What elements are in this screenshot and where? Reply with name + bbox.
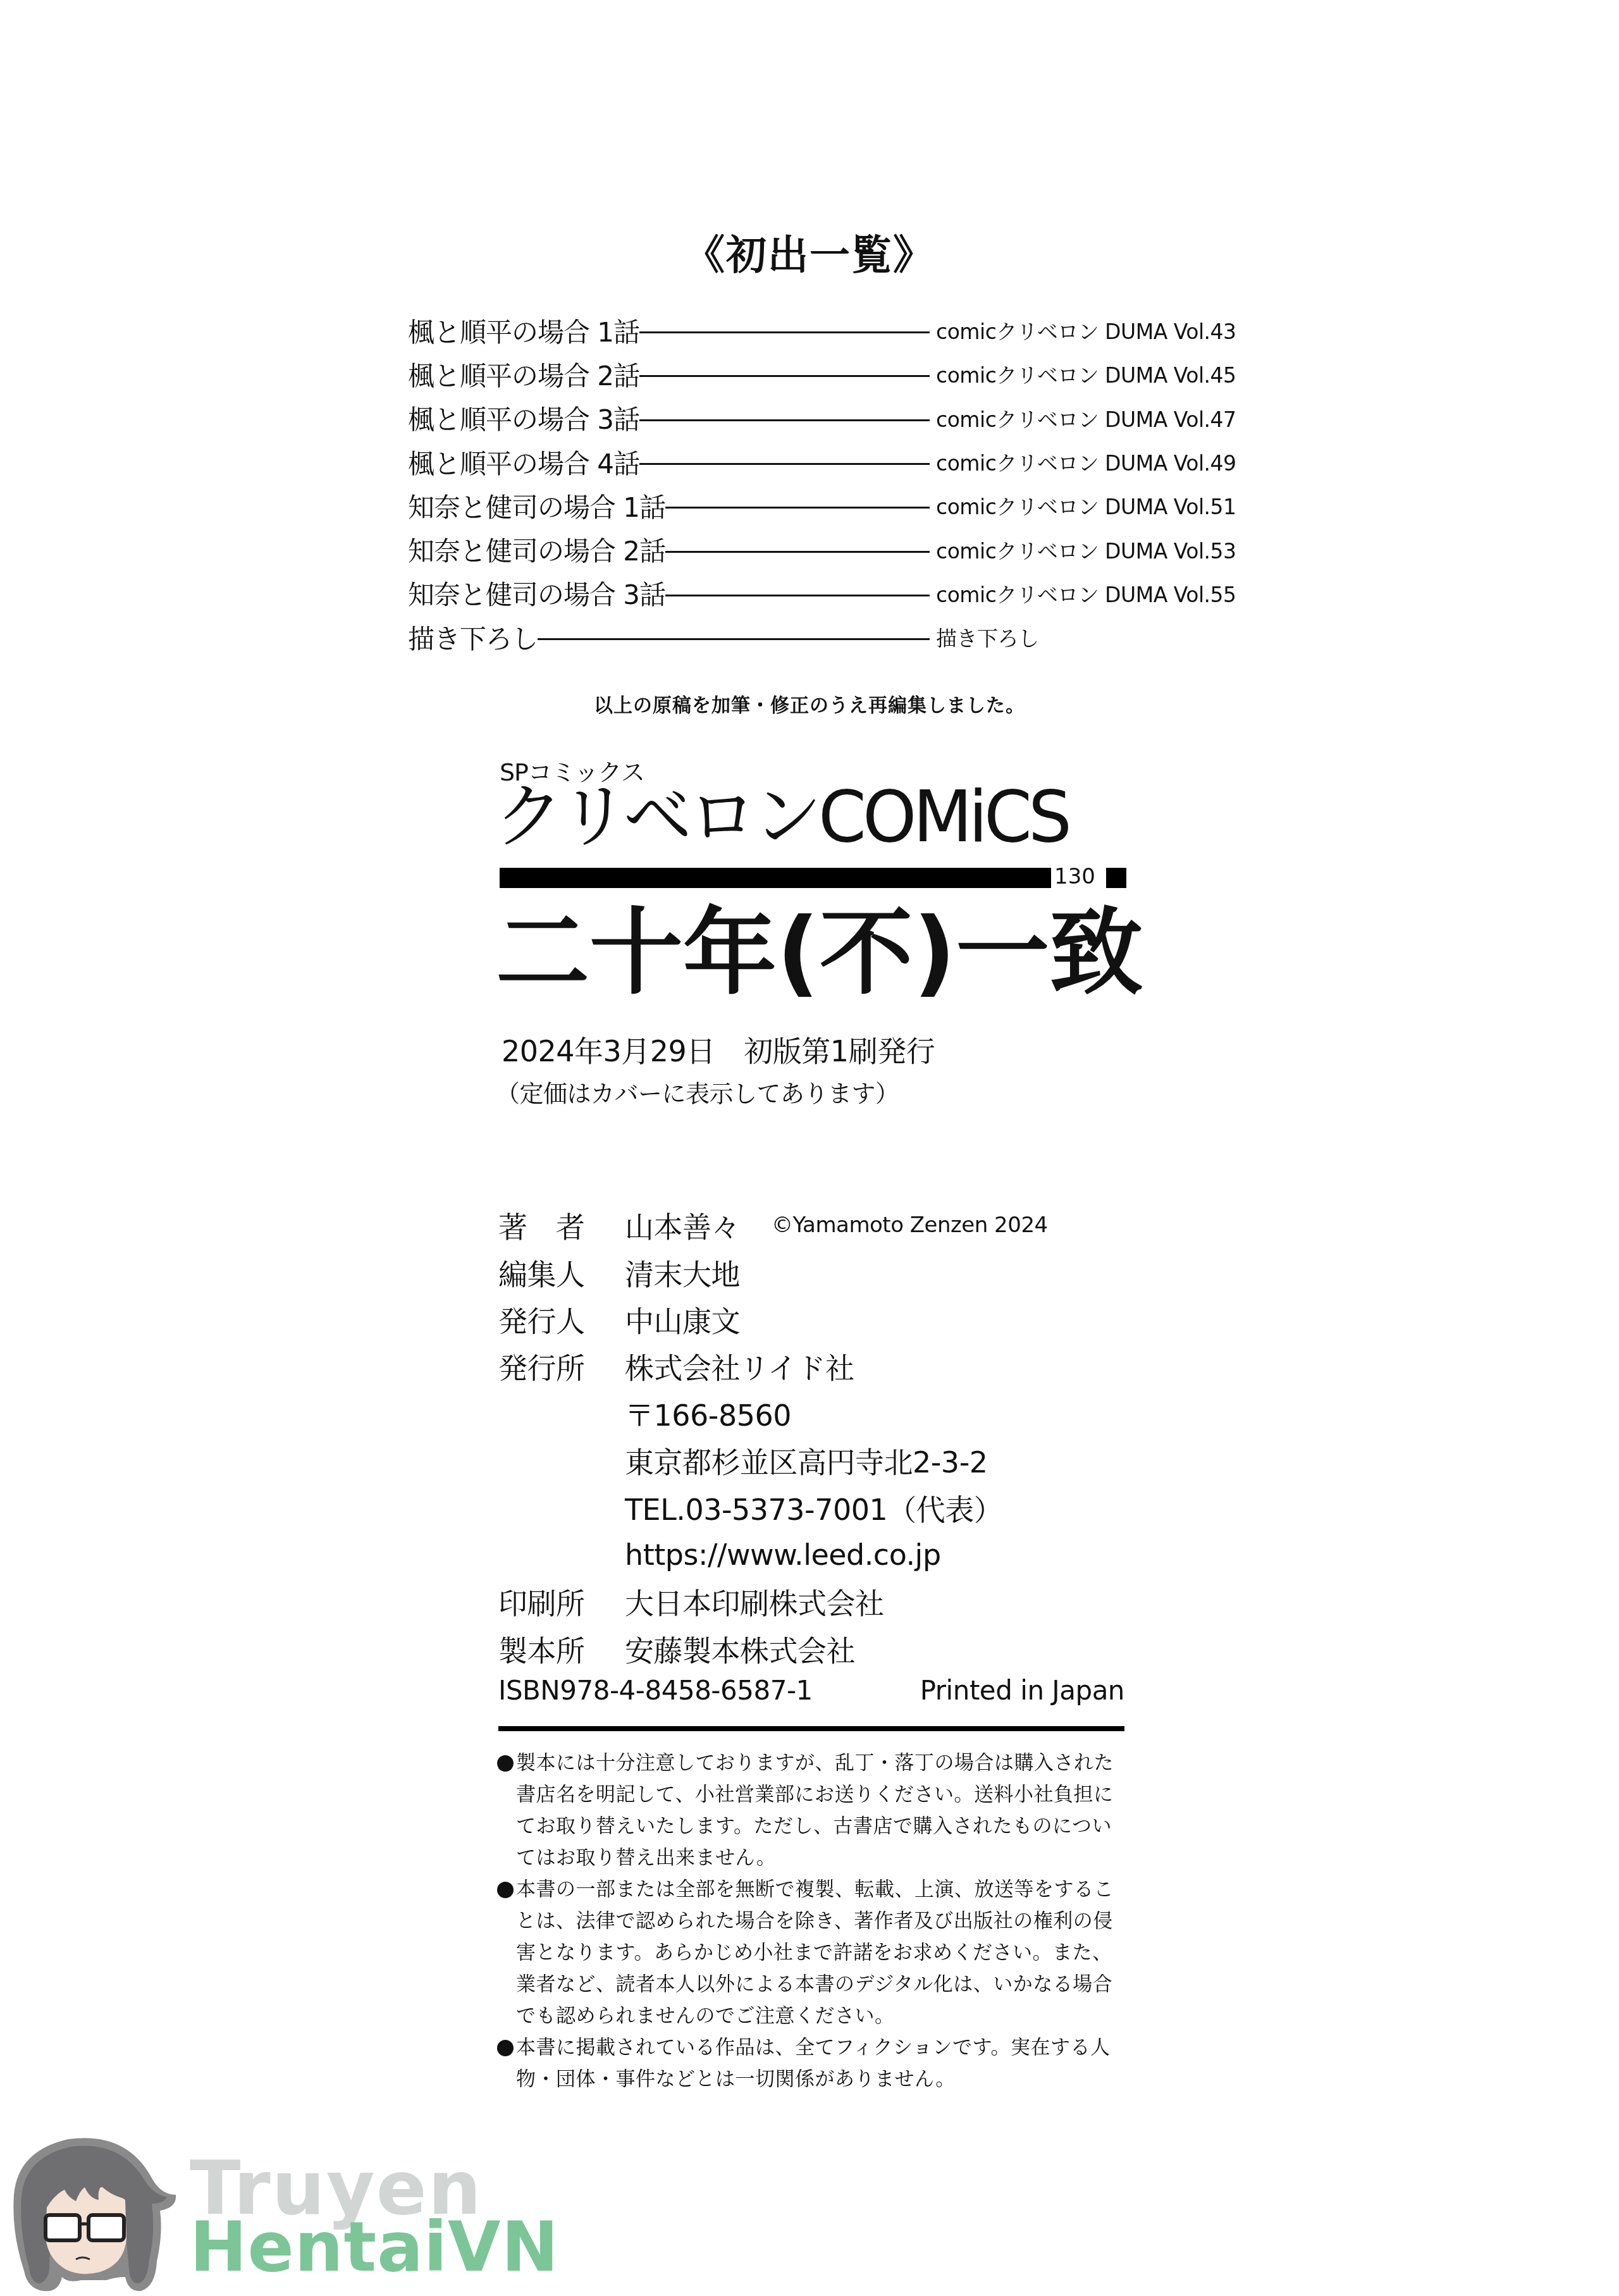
publication-item: 描き下ろし 描き下ろし <box>408 615 1224 659</box>
story-source: comicクリベロン DUMA Vol.45 <box>936 359 1224 389</box>
leader-line <box>665 551 930 553</box>
publication-item: 楓と順平の場合 1話 comicクリベロン DUMA Vol.43 <box>408 309 1224 352</box>
series-bar <box>500 868 1051 888</box>
isbn: ISBN978-4-8458-6587-1 <box>498 1675 813 1706</box>
leader-line <box>538 638 930 640</box>
bullet-icon <box>497 1755 514 1772</box>
divider-rule <box>498 1726 1124 1731</box>
watermark-text-line2: HentaiVN <box>190 2214 559 2282</box>
credit-value: 清末大地 <box>625 1252 740 1293</box>
credit-role: 発行人 <box>498 1299 625 1340</box>
bullet-icon <box>497 2040 514 2056</box>
notice-text: 製本には十分注意しておりますが、乱丁・落丁の場合は購入された書店名を明記して、小… <box>516 1751 1114 1869</box>
story-source: comicクリベロン DUMA Vol.51 <box>936 491 1224 521</box>
credit-row-publisher: 発行所 株式会社リイド社 <box>498 1343 1124 1390</box>
leader-line <box>665 595 930 596</box>
credit-value: 安藤製本株式会社 <box>625 1628 855 1670</box>
story-title: 楓と順平の場合 2話 <box>408 355 639 393</box>
credit-role: 印刷所 <box>498 1581 625 1622</box>
story-source: comicクリベロン DUMA Vol.43 <box>936 316 1224 345</box>
book-title: 二十年(不)一致 <box>496 906 1143 999</box>
credit-value: 株式会社リイド社 <box>625 1345 854 1387</box>
leader-line <box>639 375 930 377</box>
publication-item: 知奈と健司の場合 3話 comicクリベロン DUMA Vol.55 <box>408 572 1224 615</box>
watermark-mascot-icon <box>5 2125 182 2296</box>
publication-date: 2024年3月29日 初版第1刷発行 <box>502 1028 935 1070</box>
credit-value: 山本善々 <box>625 1204 740 1246</box>
publication-item: 楓と順平の場合 2話 comicクリベロン DUMA Vol.45 <box>408 352 1224 396</box>
credit-role: 編集人 <box>498 1252 625 1293</box>
notice-text: 本書の一部または全部を無断で複製、転載、上演、放送等をすることは、法律で認められ… <box>516 1878 1114 2027</box>
isbn-row: ISBN978-4-8458-6587-1 Printed in Japan <box>498 1675 1124 1706</box>
story-source: 描き下ろし <box>936 622 1224 652</box>
postal-code: 〒166-8560 <box>625 1393 791 1435</box>
publication-item: 知奈と健司の場合 1話 comicクリベロン DUMA Vol.51 <box>408 484 1224 528</box>
printed-in: Printed in Japan <box>920 1675 1124 1706</box>
notice-item: 本書に掲載されている作品は、全てフィクションです。実在する人物・団体・事件などと… <box>497 2032 1130 2095</box>
credit-role: 著 者 <box>498 1204 625 1246</box>
notice-item: 本書の一部または全部を無断で複製、転載、上演、放送等をすることは、法律で認められ… <box>497 1873 1130 2032</box>
publication-list-title: 《初出一覧》 <box>0 223 1619 281</box>
credit-row-postal-code: 〒166-8560 <box>498 1390 1124 1437</box>
story-title: 知奈と健司の場合 1話 <box>408 487 665 525</box>
story-title: 楓と順平の場合 4話 <box>408 443 639 481</box>
story-source: comicクリベロン DUMA Vol.47 <box>936 404 1224 433</box>
story-title: 知奈と健司の場合 3話 <box>408 574 665 612</box>
notice-item: 製本には十分注意しておりますが、乱丁・落丁の場合は購入された書店名を明記して、小… <box>497 1747 1130 1873</box>
website-url: https://www.leed.co.jp <box>625 1538 941 1572</box>
credit-row-printer: 印刷所 大日本印刷株式会社 <box>498 1578 1124 1625</box>
credit-row-website: https://www.leed.co.jp <box>498 1531 1124 1578</box>
publication-item: 知奈と健司の場合 2話 comicクリベロン DUMA Vol.53 <box>408 528 1224 571</box>
story-title: 楓と順平の場合 1話 <box>408 312 639 350</box>
editorial-note: 以上の原稿を加筆・修正のうえ再編集しました。 <box>0 689 1619 717</box>
story-title: 知奈と健司の場合 2話 <box>408 531 665 569</box>
credit-row-publisher-person: 発行人 中山康文 <box>498 1296 1124 1343</box>
credit-role: 製本所 <box>498 1628 625 1670</box>
story-title: 楓と順平の場合 3話 <box>408 399 639 437</box>
publication-item: 楓と順平の場合 3話 comicクリベロン DUMA Vol.47 <box>408 397 1224 440</box>
leader-line <box>639 419 930 421</box>
credit-row-phone: TEL.03-5373-7001（代表） <box>498 1484 1124 1531</box>
credit-row-author: 著 者 山本善々 ©Yamamoto Zenzen 2024 <box>498 1202 1124 1249</box>
address: 東京都杉並区高円寺北2-3-2 <box>625 1440 988 1481</box>
story-source: comicクリベロン DUMA Vol.49 <box>936 447 1224 477</box>
leader-line <box>665 507 930 509</box>
credit-row-address: 東京都杉並区高円寺北2-3-2 <box>498 1437 1124 1484</box>
story-title: 描き下ろし <box>408 619 538 657</box>
colophon-credits: 著 者 山本善々 ©Yamamoto Zenzen 2024 編集人 清末大地 … <box>498 1202 1124 1672</box>
credit-value: 大日本印刷株式会社 <box>625 1581 884 1622</box>
bullet-icon <box>497 1882 514 1898</box>
publication-item: 楓と順平の場合 4話 comicクリベロン DUMA Vol.49 <box>408 440 1224 484</box>
publication-list: 楓と順平の場合 1話 comicクリベロン DUMA Vol.43 楓と順平の場… <box>408 309 1224 659</box>
notice-text: 本書に掲載されている作品は、全てフィクションです。実在する人物・団体・事件などと… <box>516 2036 1110 2090</box>
leader-line <box>639 331 930 333</box>
legal-notices: 製本には十分注意しておりますが、乱丁・落丁の場合は購入された書店名を明記して、小… <box>497 1747 1130 2095</box>
series-square-mark <box>1106 868 1126 888</box>
leader-line <box>639 463 930 465</box>
series-number: 130 <box>1054 864 1095 889</box>
credit-row-binder: 製本所 安藤製本株式会社 <box>498 1626 1124 1672</box>
copyright-notice: ©Yamamoto Zenzen 2024 <box>772 1213 1048 1238</box>
credit-value: 中山康文 <box>625 1299 740 1340</box>
series-logo: クリベロンCOMiCS <box>495 782 1068 853</box>
credit-role: 発行所 <box>498 1345 625 1387</box>
credit-row-editor: 編集人 清末大地 <box>498 1249 1124 1295</box>
story-source: comicクリベロン DUMA Vol.53 <box>936 535 1224 565</box>
story-source: comicクリベロン DUMA Vol.55 <box>936 579 1224 608</box>
price-note: （定価はカバーに表示してあります） <box>496 1074 899 1109</box>
phone-number: TEL.03-5373-7001（代表） <box>625 1487 1002 1529</box>
